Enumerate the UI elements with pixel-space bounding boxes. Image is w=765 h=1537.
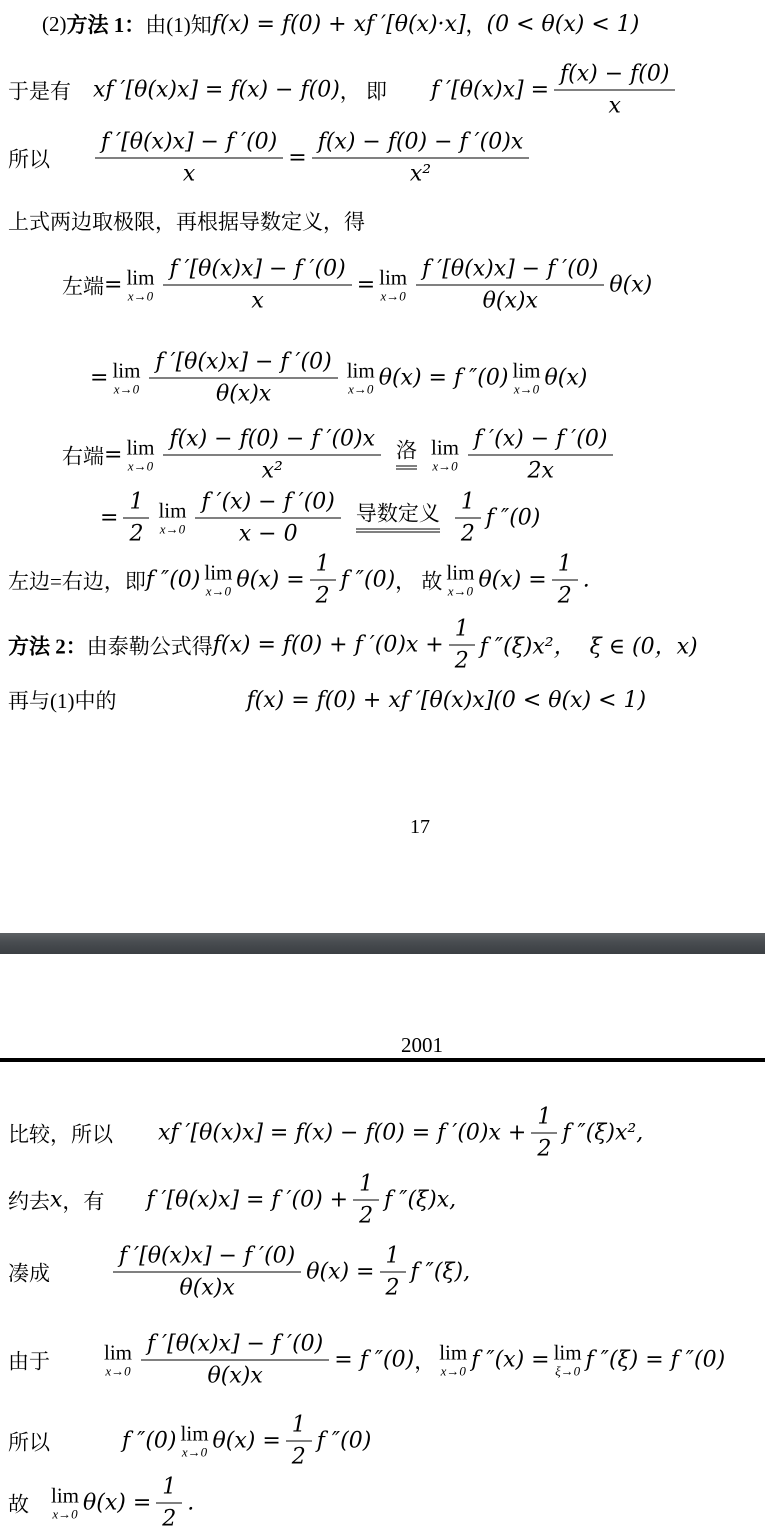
math-run: f ″(0) <box>146 568 201 593</box>
math-run: . <box>583 568 590 593</box>
zaiyu-line: 再与(1)中的f(x) = f(0) + xf ′[θ(x)x](0 < θ(x… <box>8 685 646 715</box>
page-separator-bar <box>0 933 765 954</box>
fraction: f ′[θ(x)x] − f ′(0)θ(x)x <box>416 257 604 314</box>
math-run: f ′[θ(x)x] − f ′(0) <box>119 1244 295 1269</box>
yuequ-line: 约去 x，有f ′[θ(x)x] = f ′(0) +12f ″(ξ)x, <box>8 1172 456 1229</box>
denominator: 2 <box>455 646 469 674</box>
cjk-text: 比较，所以 <box>8 1118 113 1148</box>
math-run: = <box>288 146 306 171</box>
fraction: f(x) − f(0)x <box>554 62 675 119</box>
math-run: f ″(ξ)x, <box>384 1188 456 1213</box>
cjk-text-bold: 方法 1： <box>67 9 146 39</box>
math-run: 1 <box>162 1475 176 1500</box>
math-run: f(x) = f(0) + f ′(0)x + <box>213 633 444 658</box>
lim-word: lim <box>512 361 540 382</box>
spacer <box>387 90 431 91</box>
numerator: f ′[θ(x)x] − f ′(0) <box>149 350 337 379</box>
math-run: f ″(x) = <box>471 1348 549 1373</box>
limit-operator: limx→0 <box>51 1486 79 1521</box>
math-run: 1 <box>455 617 469 642</box>
denominator: θ(x)x <box>483 286 538 314</box>
cjk-text: ， 故 <box>395 565 442 595</box>
lim-subscript: x→0 <box>105 1365 130 1378</box>
conclusion-line: 左边=右边，即 f ″(0)limx→0θ(x) =12f ″(0) ， 故li… <box>8 552 590 609</box>
denominator: 2 <box>162 1504 176 1532</box>
denominator: θ(x)x <box>208 1361 263 1389</box>
numerator: 1 <box>286 1413 312 1442</box>
double-equals-line <box>356 529 440 534</box>
math-run: 1 <box>292 1413 306 1438</box>
math-run: f ′[θ(x)x] − f ′(0) <box>101 130 277 155</box>
limit-operator: limx→0 <box>512 361 540 396</box>
limit-operator: limx→0 <box>126 268 154 303</box>
math-run: x² <box>410 162 431 187</box>
year-section-header: 2001 <box>372 1033 472 1058</box>
math-run: 2 <box>359 1204 373 1229</box>
lim-word: lim <box>554 1343 582 1364</box>
spacer <box>113 1133 158 1134</box>
fraction: 12 <box>531 1105 557 1162</box>
suoyi-line-p1: 所以f ′[θ(x)x] − f ′(0)x=f(x) − f(0) − f ′… <box>8 130 534 187</box>
spacer <box>29 1503 47 1504</box>
spacer <box>50 1441 122 1442</box>
yushiyou-line: 于是有xf ′[θ(x)x] = f(x) − f(0)， 即f ′[θ(x)x… <box>8 62 680 119</box>
lim-word: lim <box>431 438 459 459</box>
bijiao-line: 比较，所以xf ′[θ(x)x] = f(x) − f(0) = f ′(0)x… <box>8 1105 643 1162</box>
fraction: f ′(x) − f ′(0)x − 0 <box>195 490 340 547</box>
math-run: 2 <box>129 522 143 547</box>
math-run: f ″(ξ)x², <box>562 1121 643 1146</box>
zuoduan-line-2: =limx→0f ′[θ(x)x] − f ′(0)θ(x)xlimx→0θ(x… <box>90 350 587 407</box>
zuoduan-line: 左端=limx→0f ′[θ(x)x] − f ′(0)x =limx→0f ′… <box>62 257 652 314</box>
math-run: f ″(ξ), <box>411 1260 471 1285</box>
denominator: x <box>183 159 195 187</box>
denominator: 2 <box>558 581 572 609</box>
limit-operator: limx→0 <box>104 1343 132 1378</box>
numerator: 1 <box>156 1475 182 1504</box>
cjk-text-bold: 方法 2： <box>8 630 87 660</box>
gu-line: 故limx→0θ(x) =12. <box>8 1475 194 1532</box>
numerator: f ′[θ(x)x] − f ′(0) <box>141 1332 329 1361</box>
math-run: f ′[θ(x)x] − f ′(0) <box>169 257 345 282</box>
cjk-text: 由(1)知 <box>145 9 212 39</box>
cjk-text: 上式两边取极限，再根据导数定义，得 <box>8 206 365 236</box>
numerator: f(x) − f(0) <box>554 62 675 91</box>
cjk-text: 由泰勒公式得 <box>87 630 213 660</box>
lim-subscript: x→0 <box>441 1365 466 1378</box>
math-run: 1 <box>129 490 143 515</box>
numerator: 1 <box>552 552 578 581</box>
cjk-text: ， <box>414 1345 435 1375</box>
lim-subscript: x→0 <box>206 585 231 598</box>
fraction: f ′[θ(x)x] − f ′(0)x <box>163 257 351 314</box>
math-run: θ(x)x <box>180 1276 235 1301</box>
coucheng-line: 凑成f ′[θ(x)x] − f ′(0)θ(x)xθ(x) =12f ″(ξ)… <box>8 1244 470 1301</box>
lim-word: lim <box>126 268 154 289</box>
math-run: θ(x)x <box>483 289 538 314</box>
math-run: θ(x) = <box>478 568 546 593</box>
cjk-text: 再与(1)中的 <box>8 685 117 715</box>
cjk-text: 所以 <box>8 1426 50 1456</box>
fraction: 12 <box>552 552 578 609</box>
math-run: θ(x)x <box>216 382 271 407</box>
math-run: = <box>90 366 108 391</box>
numerator: f(x) − f(0) − f ′(0)x <box>163 427 381 456</box>
numerator: 1 <box>310 552 336 581</box>
math-run: 1 <box>537 1105 551 1130</box>
math-run: 2 <box>292 1445 306 1470</box>
lim-subscript: x→0 <box>448 585 473 598</box>
math-run: f ′[θ(x)x] − f ′(0) <box>155 350 331 375</box>
numerator: 1 <box>123 490 149 519</box>
lim-word: lim <box>446 563 474 584</box>
math-run: f(x) = f(0) + xf ′[θ(x)·x] <box>212 12 466 37</box>
math-run: = f ″(0) <box>334 1348 414 1373</box>
fraction: 12 <box>353 1172 379 1229</box>
document-canvas: (2)方法 1： 由(1)知 f(x) = f(0) + xf ′[θ(x)·x… <box>0 0 765 1537</box>
numerator: f ′(x) − f ′(0) <box>468 427 613 456</box>
math-run: θ(x) = <box>83 1491 151 1516</box>
denominator: x² <box>262 456 283 484</box>
limit-operator: limx→0 <box>181 1424 209 1459</box>
cjk-text: ， <box>466 9 487 39</box>
lim-word: lim <box>181 1424 209 1445</box>
lim-word: lim <box>104 1343 132 1364</box>
math-run: θ(x) = <box>213 1429 281 1454</box>
spacer <box>71 90 93 91</box>
lim-subscript: x→0 <box>432 460 457 473</box>
denominator: 2 <box>386 1273 400 1301</box>
math-run: x − 0 <box>239 522 298 547</box>
math-run: . <box>187 1491 194 1516</box>
math-run: θ(x)x <box>208 1364 263 1389</box>
numerator: f ′(x) − f ′(0) <box>195 490 340 519</box>
spacer <box>576 645 590 646</box>
lim-word: lim <box>204 563 232 584</box>
math-run: θ(x) = <box>236 568 304 593</box>
math-run: x <box>251 289 263 314</box>
math-run: xf ′[θ(x)x] = f(x) − f(0) <box>93 78 340 103</box>
math-run: θ(x) <box>609 273 652 298</box>
numerator: 1 <box>380 1244 406 1273</box>
lim-word: lim <box>51 1486 79 1507</box>
lim-word: lim <box>347 361 375 382</box>
math-run: f(x) − f(0) − f ′(0)x <box>169 427 375 452</box>
math-run: f ″(0) <box>317 1429 372 1454</box>
youduan-line: 右端=limx→0f(x) − f(0) − f ′(0)xx²洛limx→0f… <box>62 427 618 484</box>
limit-operator: limξ→0 <box>554 1343 582 1378</box>
suoyi-line-p2: 所以f ″(0)limx→0θ(x) =12f ″(0) <box>8 1413 371 1470</box>
math-run: 2 <box>455 649 469 674</box>
limit-operator: limx→0 <box>446 563 474 598</box>
math-run: 2 <box>162 1507 176 1532</box>
annotated-equals: 洛 <box>396 439 417 470</box>
cjk-text: ， 即 <box>340 75 387 105</box>
numerator: 1 <box>353 1172 379 1201</box>
denominator: 2 <box>316 581 330 609</box>
spacer <box>50 1272 108 1273</box>
numerator: f(x) − f(0) − f ′(0)x <box>312 130 530 159</box>
fraction: 12 <box>449 617 475 674</box>
denominator: 2 <box>461 519 475 547</box>
math-run: 2 <box>537 1137 551 1162</box>
math-run: = <box>357 273 375 298</box>
math-run: f ′(x) − f ′(0) <box>201 490 334 515</box>
fraction: f(x) − f(0) − f ′(0)xx² <box>312 130 530 187</box>
lim-subscript: ξ→0 <box>555 1365 580 1378</box>
lim-word: lim <box>158 501 186 522</box>
lim-subscript: x→0 <box>182 1446 207 1459</box>
limit-operator: limx→0 <box>158 501 186 536</box>
math-run: x² <box>262 459 283 484</box>
math-run: x <box>50 1188 62 1213</box>
fraction: 12 <box>123 490 149 547</box>
denominator: 2x <box>528 456 554 484</box>
math-run: f(x) − f(0) <box>560 62 669 87</box>
cjk-text: 故 <box>8 1488 29 1518</box>
math-run: ξ ∈ (0，x) <box>590 630 698 661</box>
spacer <box>117 700 247 701</box>
denominator: x <box>609 91 621 119</box>
math-run: 1 <box>386 1244 400 1269</box>
youyu-line: 由于limx→0f ′[θ(x)x] − f ′(0)θ(x)x= f ″(0)… <box>8 1332 725 1389</box>
limit-operator: limx→0 <box>439 1343 467 1378</box>
math-run: θ(x) = f ″(0) <box>379 366 509 391</box>
math-run: = <box>104 273 122 298</box>
header-rule <box>0 1058 765 1062</box>
fraction: 12 <box>455 490 481 547</box>
math-run: f ″(ξ)x²， <box>480 630 576 661</box>
denominator: θ(x)x <box>216 379 271 407</box>
cjk-text: 所以 <box>8 143 50 173</box>
math-run: 1 <box>316 552 330 577</box>
denominator: x <box>251 286 263 314</box>
math-run: x <box>183 162 195 187</box>
cjk-text: 由于 <box>8 1345 50 1375</box>
roman-text: (2) <box>42 12 67 37</box>
denominator: θ(x)x <box>180 1273 235 1301</box>
limit-operator: limx→0 <box>126 438 154 473</box>
lim-subscript: x→0 <box>514 383 539 396</box>
math-run: 2x <box>528 459 554 484</box>
limit-operator: limx→0 <box>379 268 407 303</box>
lim-word: lim <box>112 361 140 382</box>
numerator: 1 <box>455 490 481 519</box>
cjk-text: 左端 <box>62 270 104 300</box>
limit-operator: limx→0 <box>431 438 459 473</box>
denominator: 2 <box>129 519 143 547</box>
fraction: f ′[θ(x)x] − f ′(0)θ(x)x <box>113 1244 301 1301</box>
math-run: 1 <box>558 552 572 577</box>
fraction: f ′(x) − f ′(0)2x <box>468 427 613 484</box>
fraction: 12 <box>286 1413 312 1470</box>
numerator: f ′[θ(x)x] − f ′(0) <box>163 257 351 286</box>
spacer <box>104 1200 146 1201</box>
cjk-text: ，有 <box>62 1185 104 1215</box>
lim-subscript: x→0 <box>52 1508 77 1521</box>
math-run: θ(x) = <box>306 1260 374 1285</box>
annotated-equals: 导数定义 <box>356 502 440 533</box>
fraction: 12 <box>380 1244 406 1301</box>
fraction: f ′[θ(x)x] − f ′(0)x <box>95 130 283 187</box>
math-run: 2 <box>316 584 330 609</box>
limit-operator: limx→0 <box>204 563 232 598</box>
denominator: 2 <box>537 1134 551 1162</box>
lim-subscript: x→0 <box>128 290 153 303</box>
limit-operator: limx→0 <box>347 361 375 396</box>
equals-annotation: 导数定义 <box>356 502 440 525</box>
math-run: xf ′[θ(x)x] = f(x) − f(0) = f ′(0)x + <box>158 1121 526 1146</box>
math-run: 2 <box>461 522 475 547</box>
denominator: x² <box>410 159 431 187</box>
lim-subscript: x→0 <box>128 460 153 473</box>
math-run: 1 <box>461 490 475 515</box>
math-run: θ(x) <box>545 366 588 391</box>
cjk-text: 凑成 <box>8 1257 50 1287</box>
math-run: f(x) = f(0) + xf ′[θ(x)x](0 < θ(x) < 1) <box>247 688 647 713</box>
math-run: x <box>609 94 621 119</box>
denominator: 2 <box>359 1201 373 1229</box>
method2-line: 方法 2： 由泰勒公式得 f(x) = f(0) + f ′(0)x +12f … <box>8 617 698 674</box>
math-run: f ′[θ(x)x] − f ′(0) <box>147 1332 323 1357</box>
cjk-text: 约去 <box>8 1185 50 1215</box>
method1-heading-line: (2)方法 1： 由(1)知 f(x) = f(0) + xf ′[θ(x)·x… <box>42 9 639 39</box>
math-run: f(x) − f(0) − f ′(0)x <box>318 130 524 155</box>
numerator: f ′[θ(x)x] − f ′(0) <box>95 130 283 159</box>
cjk-text: 右端 <box>62 440 104 470</box>
lim-subscript: x→0 <box>348 383 373 396</box>
cjk-text: 于是有 <box>8 75 71 105</box>
math-run: 2 <box>386 1276 400 1301</box>
math-run: = <box>100 506 118 531</box>
math-run: f ″(0) <box>122 1429 177 1454</box>
numerator: f ′[θ(x)x] − f ′(0) <box>416 257 604 286</box>
fraction: 12 <box>156 1475 182 1532</box>
numerator: f ′[θ(x)x] − f ′(0) <box>113 1244 301 1273</box>
math-run: 2 <box>558 584 572 609</box>
denominator: 2 <box>292 1442 306 1470</box>
math-run: f ′[θ(x)x] = <box>431 78 549 103</box>
fraction: f(x) − f(0) − f ′(0)xx² <box>163 427 381 484</box>
math-run: f ″(0) <box>486 506 541 531</box>
spacer <box>50 1360 100 1361</box>
lim-subscript: x→0 <box>381 290 406 303</box>
lim-subscript: x→0 <box>114 383 139 396</box>
math-run: 1 <box>359 1172 373 1197</box>
equals-annotation: 洛 <box>396 439 417 462</box>
spacer <box>50 158 90 159</box>
lim-word: lim <box>126 438 154 459</box>
youduan-line-2: =12limx→0f ′(x) − f ′(0)x − 0导数定义12f ″(0… <box>100 490 540 547</box>
numerator: 1 <box>531 1105 557 1134</box>
lim-word: lim <box>439 1343 467 1364</box>
fraction: f ′[θ(x)x] − f ′(0)θ(x)x <box>149 350 337 407</box>
math-run: f ″(0) <box>341 568 396 593</box>
math-run: f ′[θ(x)x] − f ′(0) <box>422 257 598 282</box>
math-run: f ′[θ(x)x] = f ′(0) + <box>146 1188 348 1213</box>
denominator: x − 0 <box>239 519 298 547</box>
lim-word: lim <box>379 268 407 289</box>
cjk-text: 左边=右边，即 <box>8 565 146 595</box>
lim-subscript: x→0 <box>160 523 185 536</box>
math-run: = <box>104 443 122 468</box>
numerator: 1 <box>449 617 475 646</box>
limit-intro-line: 上式两边取极限，再根据导数定义，得 <box>8 206 365 236</box>
math-run: f ″(ξ) = f ″(0) <box>586 1348 726 1373</box>
page-number: 17 <box>375 816 465 839</box>
limit-operator: limx→0 <box>112 361 140 396</box>
double-equals-line <box>396 466 417 471</box>
math-run: (0 < θ(x) < 1) <box>487 12 640 37</box>
math-run: f ′(x) − f ′(0) <box>474 427 607 452</box>
fraction: 12 <box>310 552 336 609</box>
fraction: f ′[θ(x)x] − f ′(0)θ(x)x <box>141 1332 329 1389</box>
